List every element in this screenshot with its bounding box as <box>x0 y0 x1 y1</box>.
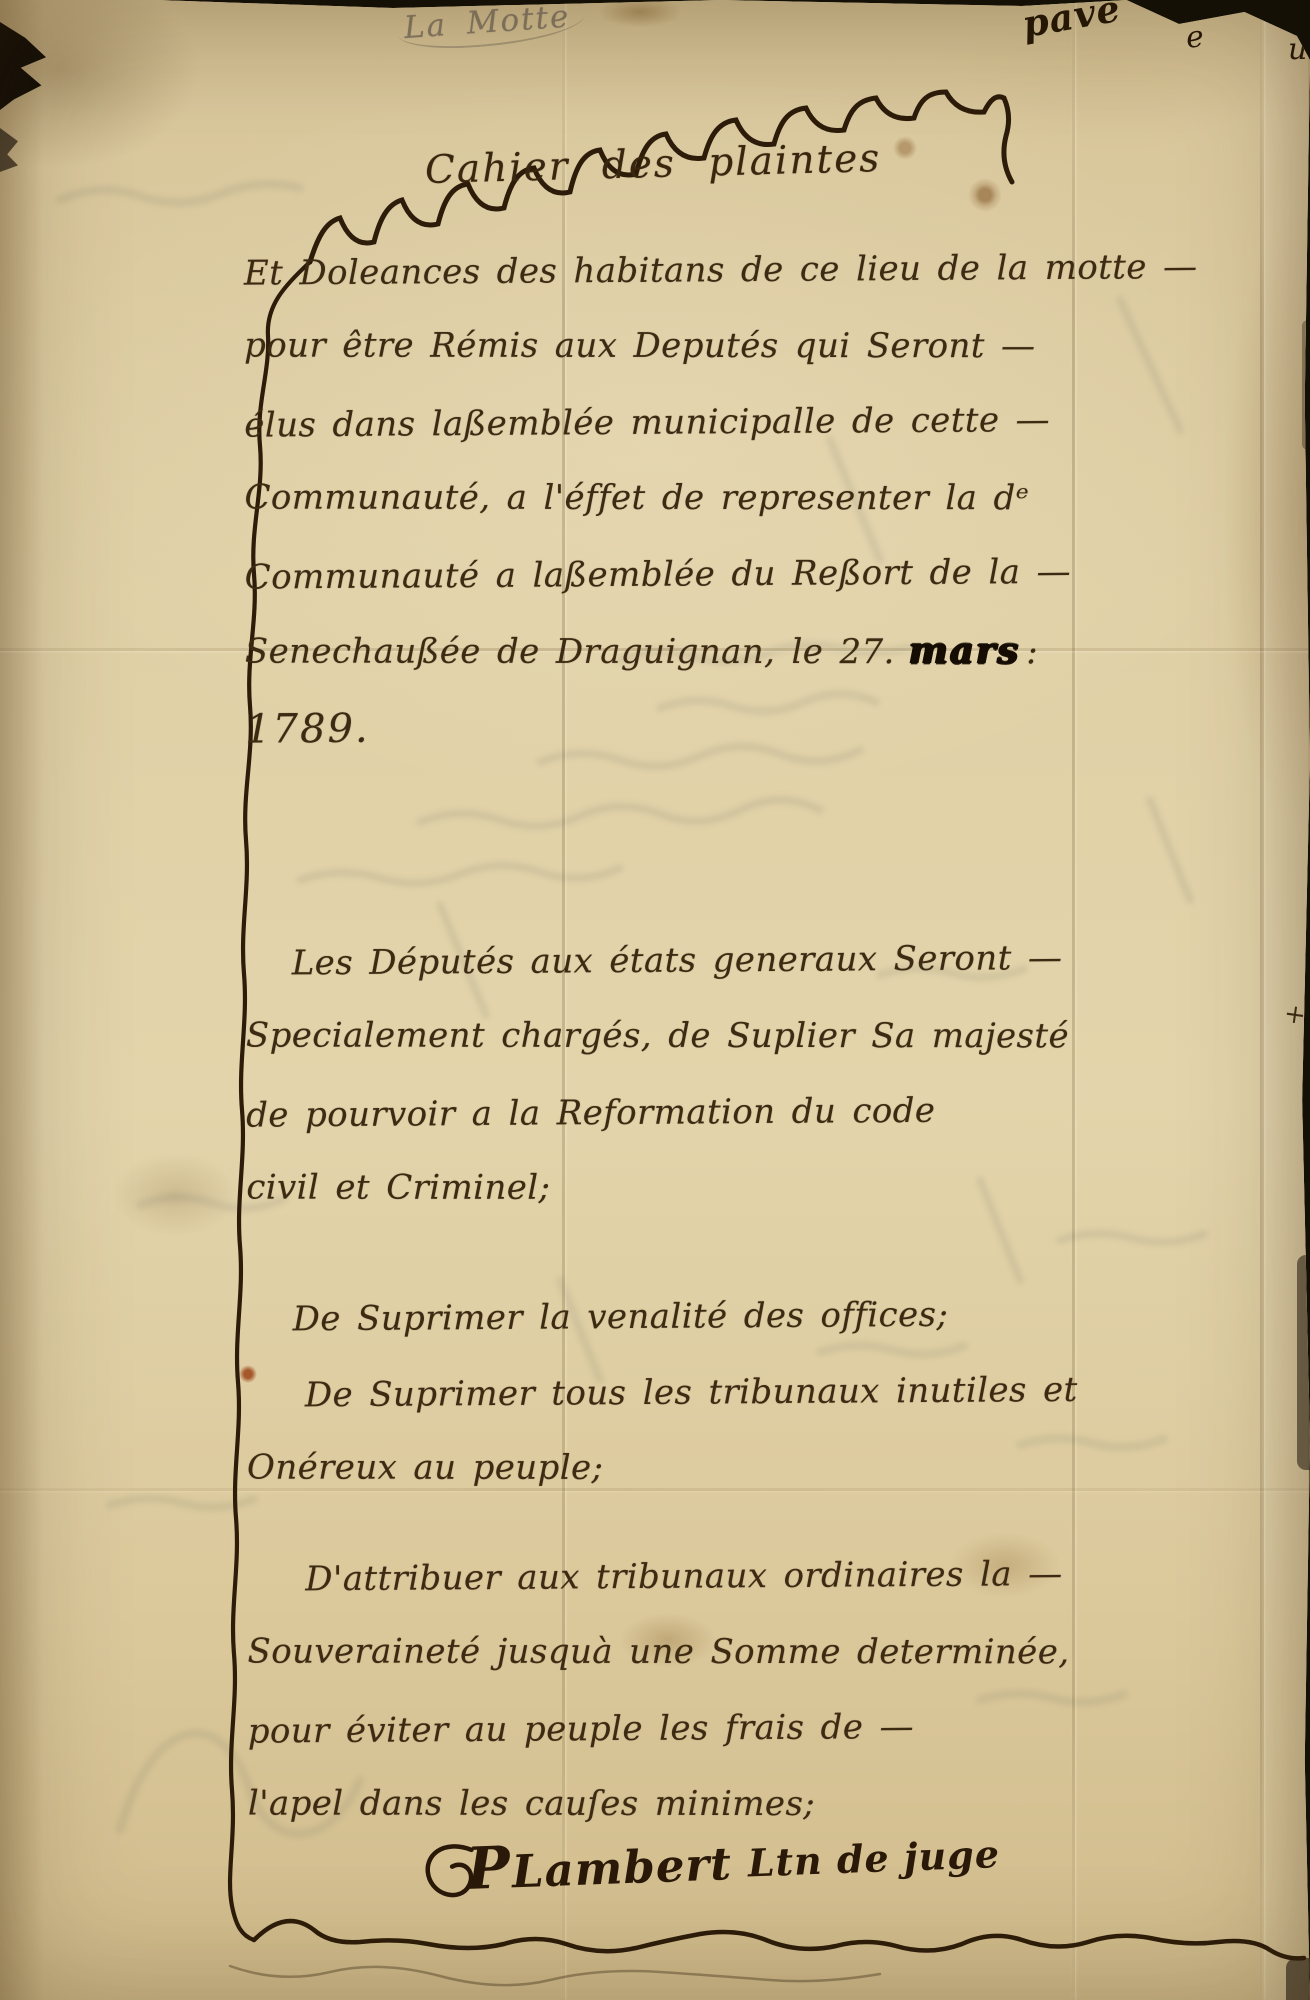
margin-cross-mark: + <box>1282 999 1308 1032</box>
ink-annotation-letter-e: e <box>1184 19 1205 56</box>
signature-name: Lambert <box>511 1837 733 1898</box>
manuscript-line: de pourvoir a la Reformation du code <box>246 1070 1277 1153</box>
manuscript-line: De Suprimer tous les tribunaux inutiles … <box>305 1351 1278 1434</box>
manuscript-line: civil et Criminel; <box>246 1150 1276 1227</box>
manuscript-line: D'attribuer aux tribunaux ordinaires la … <box>305 1535 1278 1618</box>
date-word-bold: mars <box>909 628 1020 672</box>
signature-suffix: Ltn de juge <box>747 1831 1001 1885</box>
manuscript-body: Et Doleances des habitans de ce lieu de … <box>244 231 1278 1896</box>
pencil-annotation-place-name: La Motte <box>397 0 586 52</box>
manuscript-line: De Suprimer la venalité des offices; <box>292 1275 1277 1358</box>
manuscript-line: pour éviter au peuple les frais de — <box>247 1686 1278 1769</box>
page-title: Cahier des plaintes <box>424 136 881 193</box>
manuscript-line: Communauté, a l'éffet de representer la … <box>244 460 1274 537</box>
torn-edge-top-left <box>0 22 46 110</box>
torn-edge-left <box>0 128 18 172</box>
paragraph-tribunals: De Suprimer tous les tribunaux inutiles … <box>247 1353 1277 1508</box>
paragraph-sovereignty: D'attribuer aux tribunaux ordinaires la … <box>247 1537 1278 1844</box>
manuscript-line: Onéreux au peuple; <box>247 1430 1277 1507</box>
ink-annotation-letter-u: u <box>1288 32 1307 67</box>
manuscript-line: Et Doleances des habitans de ce lieu de … <box>244 228 1275 311</box>
manuscript-line: Communauté a laßemblée du Reßort de la — <box>244 532 1275 615</box>
date-text: Senechaußée de Draguignan, le 27. <box>245 632 895 673</box>
signature-initial: P <box>465 1833 511 1903</box>
ink-annotation-top-right: pave <box>1019 0 1124 46</box>
date-punctuation: : <box>1026 632 1038 672</box>
manuscript-line: Specialement chargés, de Suplier Sa maje… <box>246 998 1276 1075</box>
manuscript-line: Souveraineté jusquà une Somme determinée… <box>248 1614 1278 1691</box>
manuscript-page: La Motte pave e u + Cahier des plaintes … <box>0 0 1310 2000</box>
torn-edge-right-upper <box>1302 320 1310 450</box>
manuscript-line: Les Députés aux états generaux Seront — <box>291 919 1276 1002</box>
torn-edge-right <box>1297 1255 1310 1470</box>
paragraph-venality: De Suprimer la venalité des offices; <box>247 1277 1277 1356</box>
torn-edge-bottom-right <box>1286 1958 1310 2000</box>
date-line: Senechaußée de Draguignan, le 27.mars: <box>245 612 1275 689</box>
manuscript-line: pour être Rémis aux Deputés qui Seront — <box>244 308 1274 385</box>
paragraph-deputies: Les Députés aux états generaux Seront — … <box>246 921 1277 1228</box>
paragraph-preamble: Et Doleances des habitans de ce lieu de … <box>244 231 1275 766</box>
manuscript-line: élus dans laßemblée municipalle de cette… <box>244 380 1275 463</box>
year-line: 1789. <box>245 684 1276 767</box>
